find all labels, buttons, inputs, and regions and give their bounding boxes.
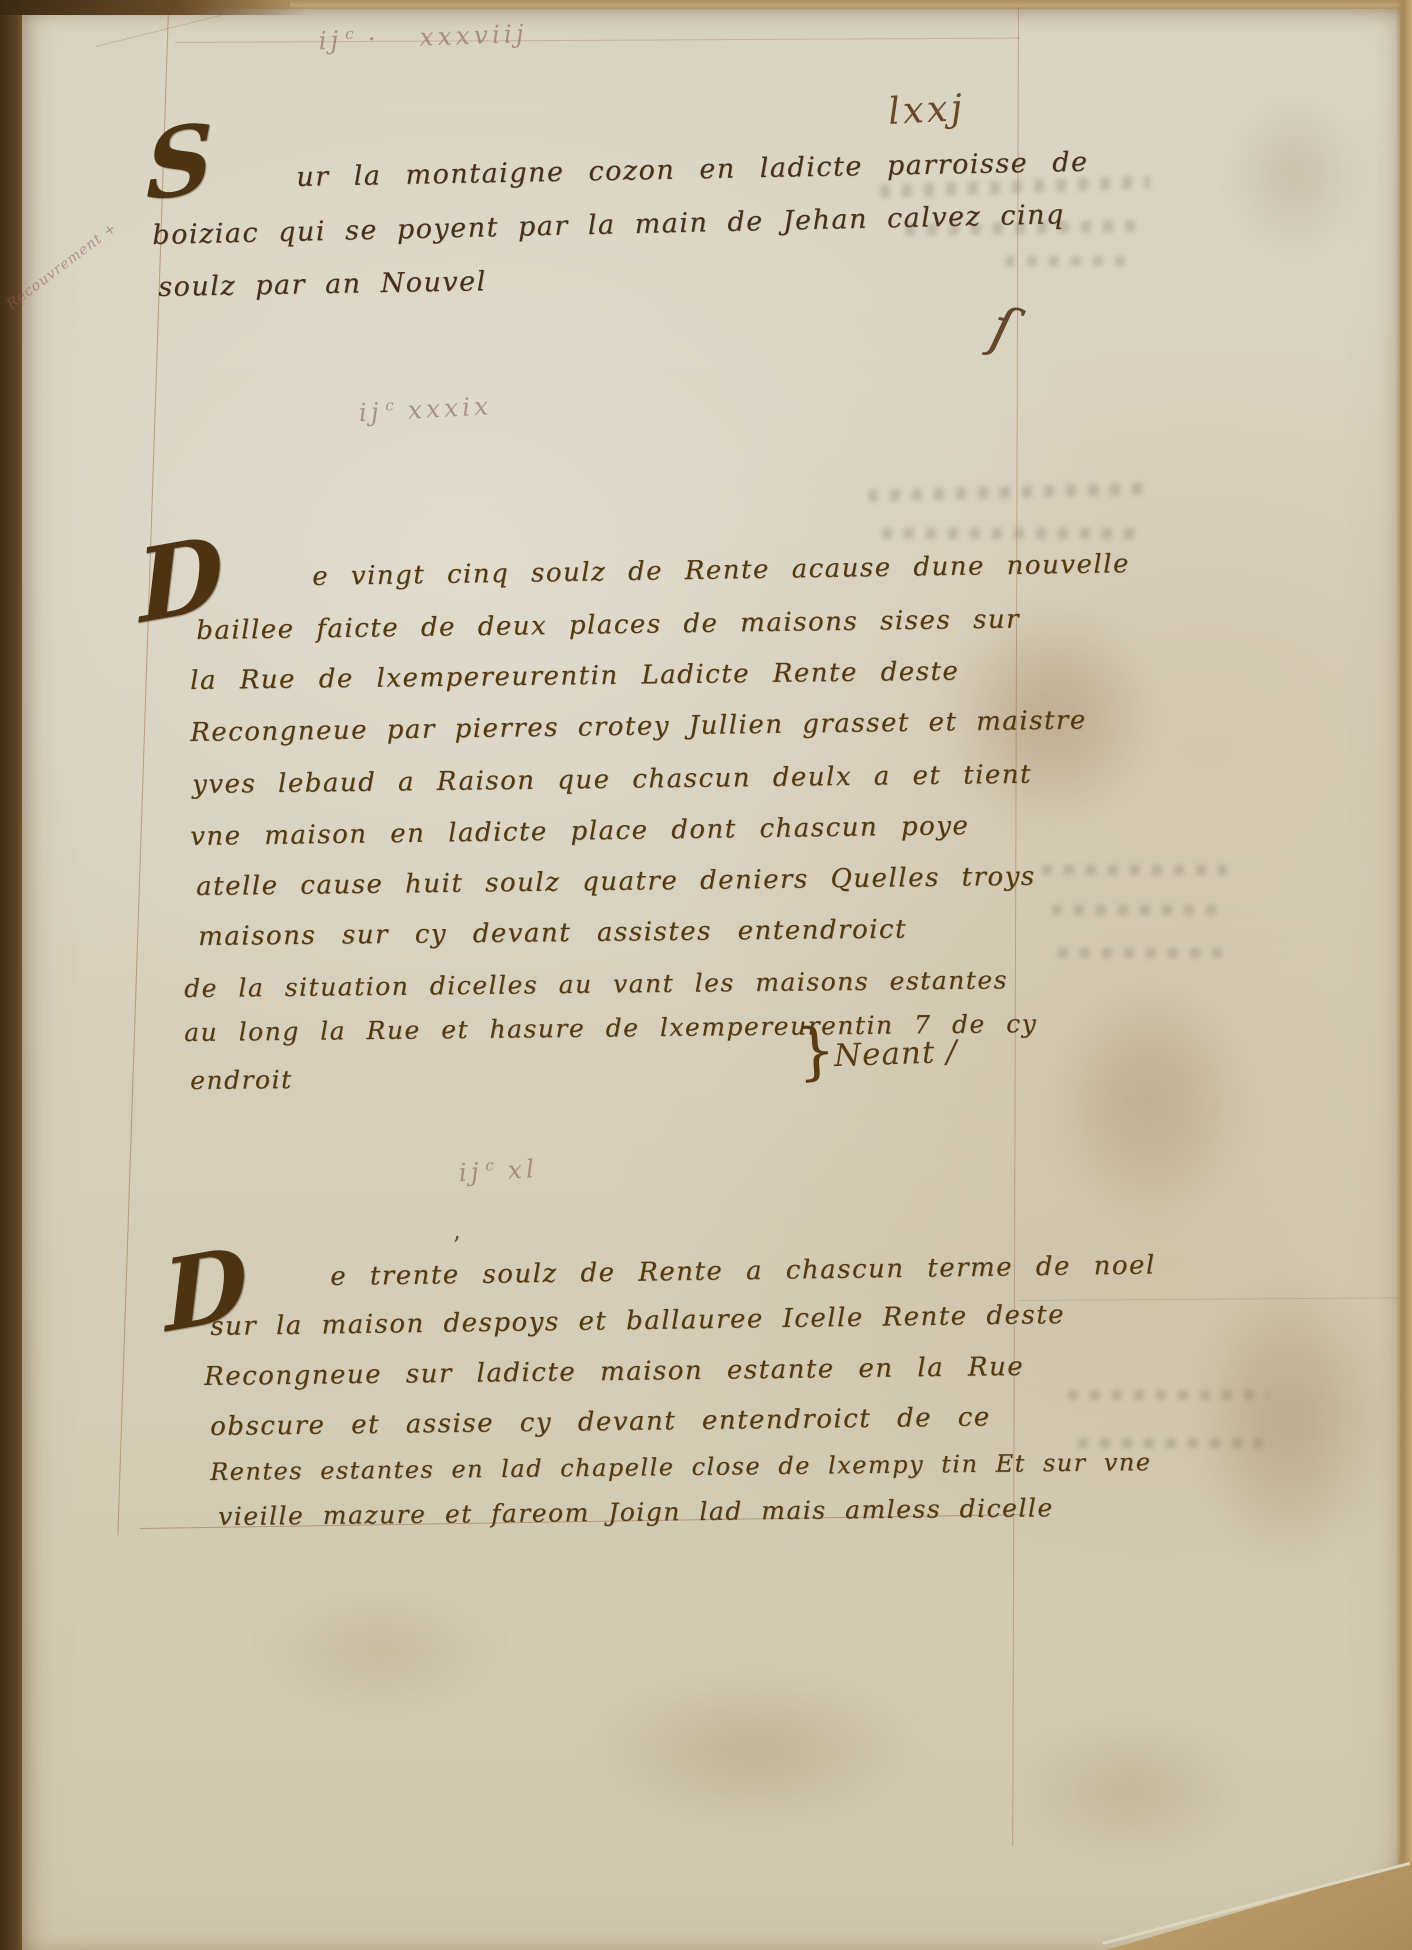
parchment-stain [1010,930,1290,1270]
parchment-stain [1160,1230,1412,1610]
ink-bleedthrough [1042,865,1227,875]
entry-initial: S [146,103,213,224]
entry-number-rest: xl [507,1154,539,1185]
manuscript-line: soulz par an Nouvel [158,266,487,303]
ink-bleedthrough [1052,905,1227,915]
ink-bleedthrough [1068,1390,1268,1400]
entry-number-rest: · xxxviij [367,19,528,54]
entry-number-superscript: c [485,1156,494,1174]
parchment-stain [980,1700,1280,1880]
ink-bleedthrough [1078,1438,1263,1448]
parchment-stain [540,1650,970,1850]
folio-number: lxxj [887,86,966,133]
entry-number-base: ij [318,25,343,55]
entry-number-superscript: c [385,396,394,414]
ink-bleedthrough [882,528,1137,539]
ink-bleedthrough [1058,948,1223,958]
entry-number-superscript: c [345,25,354,43]
binding-edge-top-left [0,0,305,15]
nihil-annotation: Neant / [833,1034,958,1074]
parchment-stain [230,1570,530,1730]
entry-number-base: ij [458,1157,483,1187]
pen-tick: ʼ [452,1232,460,1260]
entry-number-base: ij [358,397,383,427]
manuscript-photo: lxxj ijc· xxxviij ijcxxxix ijcxl ʼ Recou… [0,0,1412,1950]
page-edge-right [1396,0,1412,1950]
manuscript-line: endroit [190,1065,293,1095]
parchment-stain [1200,60,1390,290]
page-edge-top [290,0,1412,8]
entry-number-240: ijcxl [458,1154,539,1187]
entry-number-rest: xxxix [407,391,493,424]
ink-bleedthrough [1005,256,1135,266]
margin-brace: } [794,1013,838,1089]
